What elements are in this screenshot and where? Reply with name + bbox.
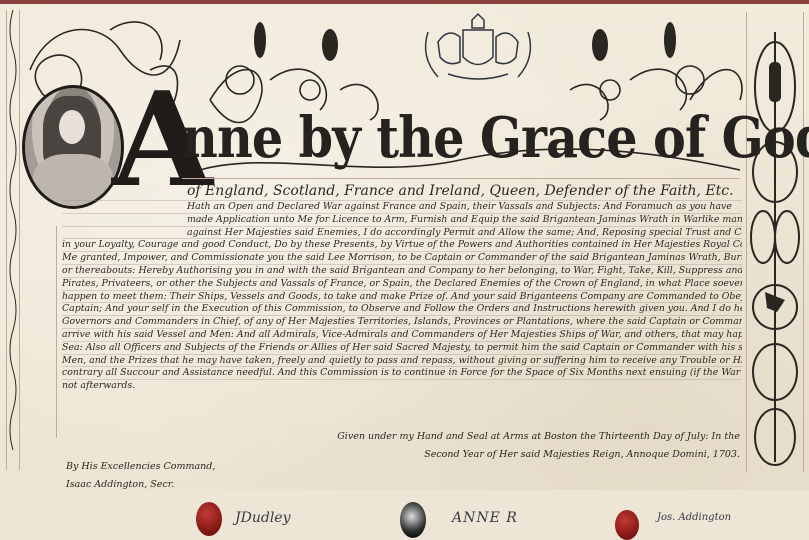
command-line: By His Excellencies Command, xyxy=(66,458,215,476)
excellency-command-block: By His Excellencies Command, Isaac Addin… xyxy=(66,458,215,494)
text-line: arrive with his said Vessel and Men: And… xyxy=(62,329,742,342)
red-wax-seal-icon xyxy=(196,502,222,536)
text-line: in your Loyalty, Courage and good Conduc… xyxy=(62,239,742,252)
commission-body-text: of England, Scotland, France and Ireland… xyxy=(62,183,742,392)
text-line: Men, and the Prizes that he may have tak… xyxy=(62,355,742,368)
text-line: of England, Scotland, France and Ireland… xyxy=(62,183,742,201)
text-line: contrary all Succour and Assistance need… xyxy=(62,367,742,380)
dark-wax-seal-icon xyxy=(400,502,426,538)
royal-coat-of-arms-icon xyxy=(418,12,538,87)
given-under-hand-block: Given under my Hand and Seal at Arms at … xyxy=(300,428,740,464)
text-line: Sea: Also all Officers and Subjects of t… xyxy=(62,342,742,355)
text-line: Hath an Open and Declared War against Fr… xyxy=(62,201,742,214)
text-line: or thereabouts: Hereby Authorising you i… xyxy=(62,265,742,278)
signature-anne: ANNE R xyxy=(452,510,518,526)
text-line: Me granted, Impower, and Commissionate y… xyxy=(62,252,742,265)
text-frame-rule-left xyxy=(56,226,57,438)
text-line: against Her Majesties said Enemies, I do… xyxy=(62,227,742,240)
signature-dudley: JDudley xyxy=(235,510,291,526)
text-line: happen to meet them: Their Ships, Vessel… xyxy=(62,291,742,304)
text-line: Pirates, Privateers, or other the Subjec… xyxy=(62,278,742,291)
text-line: Governors and Commanders in Chief, of an… xyxy=(62,316,742,329)
given-line: Second Year of Her said Majesties Reign,… xyxy=(300,446,740,464)
document-heading: nne by the Grace of God xyxy=(182,98,675,178)
given-line: Given under my Hand and Seal at Arms at … xyxy=(300,428,740,446)
text-frame-rule xyxy=(182,178,740,179)
text-line: Captain; And your self in the Execution … xyxy=(62,303,742,316)
text-line: not afterwards. xyxy=(62,380,742,392)
top-edge xyxy=(0,0,809,4)
signature-addington: Jos. Addington xyxy=(657,512,731,523)
red-wax-seal-icon xyxy=(615,510,639,540)
text-line: made Application unto Me for Licence to … xyxy=(62,214,742,227)
